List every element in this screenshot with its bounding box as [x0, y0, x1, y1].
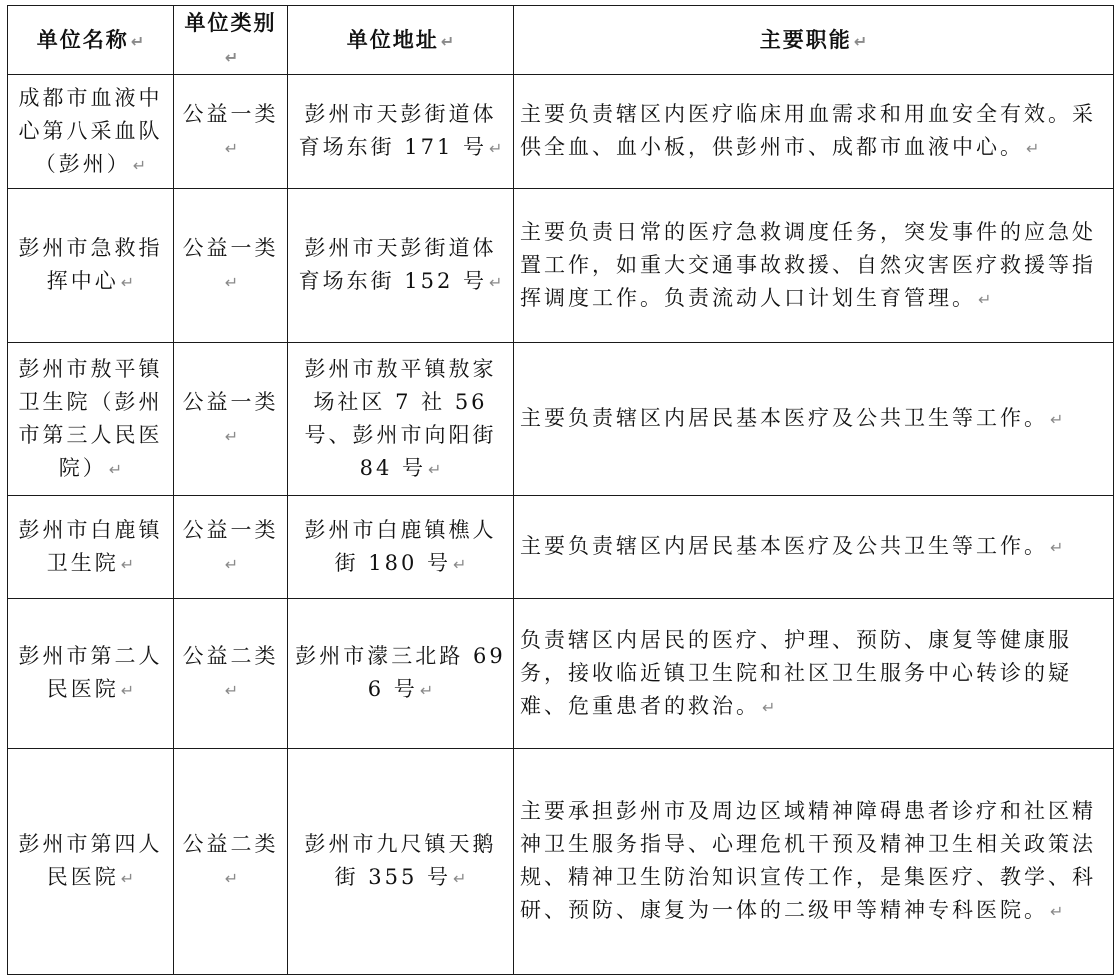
- cell-unit-category: 公益一类↵: [174, 75, 288, 189]
- cell-unit-address: 彭州市九尺镇天鹅街 355 号↵: [288, 749, 514, 975]
- cell-text: 彭州市天彭街道体育场东街 152 号: [299, 236, 497, 293]
- cell-text: 主要负责辖区内居民基本医疗及公共卫生等工作。: [520, 534, 1048, 558]
- cell-text: 彭州市白鹿镇樵人街 180 号: [305, 518, 497, 575]
- cell-text: 公益二类: [183, 832, 279, 856]
- cell-main-function: 负责辖区内居民的医疗、护理、预防、康复等健康服务，接收临近镇卫生院和社区卫生服务…: [514, 599, 1114, 749]
- paragraph-mark-icon: ↵: [978, 290, 991, 309]
- cell-unit-address: 彭州市天彭街道体育场东街 152 号↵: [288, 189, 514, 343]
- header-unit-category: 单位类别↵: [174, 6, 288, 75]
- cell-text: 彭州市第二人民医院: [19, 644, 163, 701]
- header-row: 单位名称↵ 单位类别↵ 单位地址↵ 主要职能↵: [8, 6, 1114, 75]
- cell-text: 彭州市白鹿镇卫生院: [19, 518, 163, 575]
- cell-unit-address: 彭州市敖平镇敖家场社区 7 社 56 号、彭州市向阳街 84 号↵: [288, 343, 514, 496]
- cell-main-function: 主要承担彭州市及周边区域精神障碍患者诊疗和社区精神卫生服务指导、心理危机干预及精…: [514, 749, 1114, 975]
- cell-unit-category: 公益一类↵: [174, 496, 288, 599]
- paragraph-mark-icon: ↵: [133, 156, 146, 175]
- paragraph-mark-icon: ↵: [121, 273, 134, 292]
- cell-text: 负责辖区内居民的医疗、护理、预防、康复等健康服务，接收临近镇卫生院和社区卫生服务…: [520, 628, 1072, 718]
- cell-unit-name: 彭州市第四人民医院↵: [8, 749, 174, 975]
- header-label: 主要职能: [760, 27, 852, 52]
- table-row: 成都市血液中心第八采血队（彭州）↵ 公益一类↵ 彭州市天彭街道体育场东街 171…: [8, 75, 1114, 189]
- table-row: 彭州市第四人民医院↵ 公益二类↵ 彭州市九尺镇天鹅街 355 号↵ 主要承担彭州…: [8, 749, 1114, 975]
- cell-unit-category: 公益二类↵: [174, 749, 288, 975]
- table-row: 彭州市第二人民医院↵ 公益二类↵ 彭州市濛三北路 696 号↵ 负责辖区内居民的…: [8, 599, 1114, 749]
- header-label: 单位名称: [37, 27, 129, 52]
- paragraph-mark-icon: ↵: [225, 273, 238, 292]
- paragraph-mark-icon: ↵: [453, 555, 466, 574]
- paragraph-mark-icon: ↵: [225, 869, 238, 888]
- paragraph-mark-icon: ↵: [121, 555, 134, 574]
- institutions-table: 单位名称↵ 单位类别↵ 单位地址↵ 主要职能↵ 成都市血液中心第八采血队（彭州）…: [7, 5, 1114, 975]
- cell-text: 公益一类: [183, 390, 279, 414]
- cell-main-function: 主要负责日常的医疗急救调度任务，突发事件的应急处置工作，如重大交通事故救援、自然…: [514, 189, 1114, 343]
- paragraph-mark-icon: ↵: [489, 273, 502, 292]
- cell-text: 彭州市第四人民医院: [19, 832, 163, 889]
- cell-unit-name: 成都市血液中心第八采血队（彭州）↵: [8, 75, 174, 189]
- cell-unit-name: 彭州市白鹿镇卫生院↵: [8, 496, 174, 599]
- cell-text: 主要承担彭州市及周边区域精神障碍患者诊疗和社区精神卫生服务指导、心理危机干预及精…: [520, 799, 1096, 922]
- cell-text: 彭州市敖平镇敖家场社区 7 社 56 号、彭州市向阳街 84 号: [305, 357, 497, 480]
- cell-unit-name: 彭州市急救指挥中心↵: [8, 189, 174, 343]
- paragraph-mark-icon: ↵: [225, 681, 238, 700]
- paragraph-mark-icon: ↵: [1050, 410, 1063, 429]
- paragraph-mark-icon: ↵: [121, 681, 134, 700]
- cell-text: 公益一类: [183, 518, 279, 542]
- header-unit-name: 单位名称↵: [8, 6, 174, 75]
- cell-unit-category: 公益二类↵: [174, 599, 288, 749]
- cell-text: 彭州市敖平镇卫生院（彭州市第三人民医院）: [19, 357, 163, 480]
- cell-main-function: 主要负责辖区内居民基本医疗及公共卫生等工作。↵: [514, 496, 1114, 599]
- header-main-function: 主要职能↵: [514, 6, 1114, 75]
- cell-unit-address: 彭州市濛三北路 696 号↵: [288, 599, 514, 749]
- cell-main-function: 主要负责辖区内医疗临床用血需求和用血安全有效。采供全血、血小板，供彭州市、成都市…: [514, 75, 1114, 189]
- paragraph-mark-icon: ↵: [453, 869, 466, 888]
- paragraph-mark-icon: ↵: [1050, 902, 1063, 921]
- paragraph-mark-icon: ↵: [441, 32, 454, 51]
- cell-unit-address: 彭州市天彭街道体育场东街 171 号↵: [288, 75, 514, 189]
- paragraph-mark-icon: ↵: [1050, 538, 1063, 557]
- header-label: 单位类别: [185, 10, 277, 35]
- paragraph-mark-icon: ↵: [121, 869, 134, 888]
- cell-unit-name: 彭州市敖平镇卫生院（彭州市第三人民医院）↵: [8, 343, 174, 496]
- cell-text: 主要负责辖区内居民基本医疗及公共卫生等工作。: [520, 406, 1048, 430]
- paragraph-mark-icon: ↵: [225, 555, 238, 574]
- cell-unit-category: 公益一类↵: [174, 189, 288, 343]
- table-row: 彭州市敖平镇卫生院（彭州市第三人民医院）↵ 公益一类↵ 彭州市敖平镇敖家场社区 …: [8, 343, 1114, 496]
- paragraph-mark-icon: ↵: [131, 32, 144, 51]
- paragraph-mark-icon: ↵: [225, 48, 238, 67]
- header-unit-address: 单位地址↵: [288, 6, 514, 75]
- paragraph-mark-icon: ↵: [420, 681, 433, 700]
- cell-text: 公益一类: [183, 102, 279, 126]
- paragraph-mark-icon: ↵: [109, 460, 122, 479]
- cell-text: 彭州市濛三北路 696 号: [295, 644, 505, 701]
- paragraph-mark-icon: ↵: [225, 427, 238, 446]
- cell-text: 公益二类: [183, 644, 279, 668]
- cell-main-function: 主要负责辖区内居民基本医疗及公共卫生等工作。↵: [514, 343, 1114, 496]
- cell-unit-name: 彭州市第二人民医院↵: [8, 599, 174, 749]
- paragraph-mark-icon: ↵: [225, 139, 238, 158]
- paragraph-mark-icon: ↵: [762, 698, 775, 717]
- cell-text: 彭州市九尺镇天鹅街 355 号: [305, 832, 497, 889]
- cell-text: 公益一类: [183, 236, 279, 260]
- cell-text: 彭州市天彭街道体育场东街 171 号: [299, 102, 497, 159]
- cell-unit-address: 彭州市白鹿镇樵人街 180 号↵: [288, 496, 514, 599]
- paragraph-mark-icon: ↵: [428, 460, 441, 479]
- paragraph-mark-icon: ↵: [489, 139, 502, 158]
- cell-text: 彭州市急救指挥中心: [19, 236, 163, 293]
- header-label: 单位地址: [347, 27, 439, 52]
- cell-text: 主要负责辖区内医疗临床用血需求和用血安全有效。采供全血、血小板，供彭州市、成都市…: [520, 102, 1096, 159]
- paragraph-mark-icon: ↵: [854, 32, 867, 51]
- cell-text: 主要负责日常的医疗急救调度任务，突发事件的应急处置工作，如重大交通事故救援、自然…: [520, 220, 1096, 310]
- paragraph-mark-icon: ↵: [1026, 139, 1039, 158]
- cell-unit-category: 公益一类↵: [174, 343, 288, 496]
- table-row: 彭州市急救指挥中心↵ 公益一类↵ 彭州市天彭街道体育场东街 152 号↵ 主要负…: [8, 189, 1114, 343]
- table-row: 彭州市白鹿镇卫生院↵ 公益一类↵ 彭州市白鹿镇樵人街 180 号↵ 主要负责辖区…: [8, 496, 1114, 599]
